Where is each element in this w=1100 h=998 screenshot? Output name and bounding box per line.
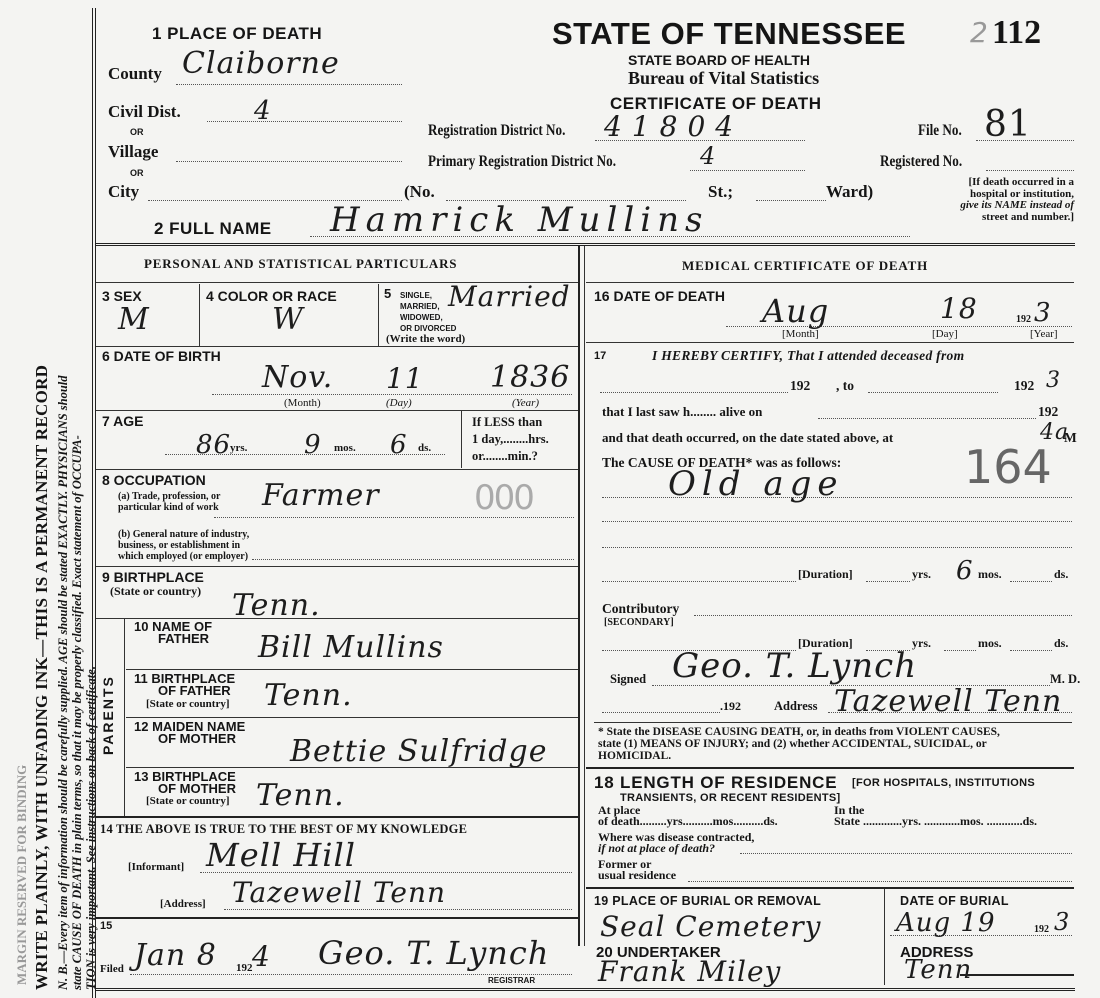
contributory-label: Contributory	[602, 601, 679, 617]
state-title: STATE OF TENNESSEE	[552, 16, 906, 52]
occupation-code: 000	[474, 478, 533, 518]
cert-number-pencil: 2	[970, 16, 988, 49]
undertaker-value[interactable]: Frank Miley	[598, 955, 781, 988]
age-years[interactable]: 86	[196, 430, 231, 460]
dob-year-hint: (Year)	[512, 397, 539, 409]
father-name-label: 10 NAME OF FATHER	[134, 621, 212, 645]
reg-district-value[interactable]: 41804	[604, 110, 743, 143]
nb-instructions-line-2: state CAUSE OF DEATH in plain terms, so …	[70, 435, 85, 990]
duration2-ds: ds.	[1054, 636, 1068, 651]
signed-label: Signed	[610, 672, 646, 687]
registered-no-label: Registered No.	[880, 153, 962, 171]
race-value[interactable]: W	[272, 302, 304, 337]
street-label: St.;	[708, 182, 733, 202]
mother-name-value[interactable]: Bettie Sulfridge	[290, 734, 547, 769]
last-saw-label: that I last saw h........ alive on	[602, 404, 762, 420]
duration-yrs: yrs.	[912, 567, 931, 582]
birthplace-label: 9 BIRTHPLACE	[102, 569, 204, 585]
burial-place-label: 19 PLACE OF BURIAL OR REMOVAL	[594, 894, 821, 908]
father-birthplace-hint: [State or country]	[146, 698, 230, 710]
age-months-unit: mos.	[334, 442, 356, 454]
street-no-label: (No.	[404, 182, 435, 202]
hospital-note: [If death occurred in a hospital or inst…	[932, 177, 1074, 223]
signed-192: .192	[720, 699, 741, 714]
dob-month[interactable]: Nov.	[262, 360, 333, 395]
dod-year-suffix[interactable]: 3	[1034, 298, 1052, 328]
county-value[interactable]: Claiborne	[182, 46, 340, 81]
mother-name-label: 12 MAIDEN NAME OF MOTHER	[134, 721, 245, 745]
file-no-value[interactable]: 81	[984, 104, 1032, 145]
attended-192b: 192	[1014, 378, 1034, 394]
cert-number: 112	[992, 14, 1041, 52]
age-days-unit: ds.	[418, 442, 431, 454]
dod-year-hint: [Year]	[1030, 328, 1058, 340]
dod-year-prefix: 192	[1016, 314, 1031, 325]
full-name-value[interactable]: Hamrick Mullins	[330, 200, 708, 240]
personal-section-title: PERSONAL AND STATISTICAL PARTICULARS	[144, 256, 457, 272]
dod-month[interactable]: Aug	[762, 292, 829, 330]
informant-address-label: [Address]	[160, 898, 206, 910]
marital-num: 5	[384, 286, 391, 301]
occupation-a-hint: (a) Trade, profession, or particular kin…	[118, 491, 221, 513]
undertaker-address-value[interactable]: Tenn	[904, 955, 972, 985]
registrar-label: REGISTRAR	[488, 976, 535, 985]
cause-footnote: * State the DISEASE CAUSING DEATH, or, i…	[598, 726, 1000, 762]
primary-reg-value[interactable]: 4	[700, 142, 716, 170]
dob-year[interactable]: 1836	[490, 360, 570, 395]
county-label: County	[108, 64, 162, 84]
dob-label: 6 DATE OF BIRTH	[102, 348, 221, 364]
or-label: OR	[130, 127, 144, 137]
duration2-mos: mos.	[978, 636, 1002, 651]
cause-value[interactable]: Old age	[668, 464, 843, 504]
state-board: STATE BOARD OF HEALTH	[628, 52, 810, 68]
secondary-label: [SECONDARY]	[604, 617, 674, 628]
or-label: OR	[130, 168, 144, 178]
file-no-label: File No.	[918, 122, 962, 140]
civil-dist-label: Civil Dist.	[108, 102, 181, 122]
dob-day-hint: (Day)	[386, 397, 412, 409]
age-days[interactable]: 6	[390, 430, 408, 460]
informant-value[interactable]: Mell Hill	[206, 836, 356, 874]
village-label: Village	[108, 142, 158, 162]
filed-label: Filed	[100, 963, 124, 975]
mother-birthplace-label: 13 BIRTHPLACE OF MOTHER	[134, 771, 236, 795]
registrar-signature[interactable]: Geo. T. Lynch	[318, 934, 549, 972]
dod-day-hint: [Day]	[932, 328, 958, 340]
duration-label: [Duration]	[798, 567, 853, 582]
cert-num: 17	[594, 350, 606, 362]
attended-to: , to	[836, 378, 854, 394]
physician-address-label: Address	[774, 699, 818, 714]
header-divider	[95, 243, 1075, 249]
place-of-death-heading: 1 PLACE OF DEATH	[152, 24, 322, 44]
less-than-day-note: If LESS than 1 day,........hrs. or......…	[472, 414, 549, 465]
attended-year-value[interactable]: 3	[1046, 368, 1061, 393]
medical-section-title: MEDICAL CERTIFICATE OF DEATH	[682, 258, 928, 274]
occupation-label: 8 OCCUPATION	[102, 472, 206, 488]
reg-district-label: Registration District No.	[428, 122, 565, 140]
occupation-b-hint: (b) General nature of industry, business…	[118, 529, 249, 562]
filed-date[interactable]: Jan 8	[134, 938, 217, 973]
dob-month-hint: (Month)	[284, 397, 321, 409]
marital-hint: (Write the word)	[386, 333, 465, 345]
last-saw-192: 192	[1038, 404, 1058, 420]
city-label: City	[108, 182, 139, 202]
birthplace-hint: (State or country)	[110, 584, 201, 599]
death-time-suffix: M	[1064, 430, 1077, 446]
certify-statement: I HEREBY CERTIFY, That I attended deceas…	[652, 348, 964, 364]
physician-address-value[interactable]: Tazewell Tenn	[834, 684, 1062, 719]
duration-mos: mos.	[978, 567, 1002, 582]
father-birthplace-label: 11 BIRTHPLACE OF FATHER	[134, 673, 235, 697]
mother-birthplace-hint: [State or country]	[146, 795, 230, 807]
informant-statement: 14 THE ABOVE IS TRUE TO THE BEST OF MY K…	[100, 822, 467, 837]
margin-reserved-note: MARGIN RESERVED FOR BINDING	[14, 765, 30, 985]
age-years-unit: yrs.	[230, 442, 247, 454]
civil-dist-value[interactable]: 4	[254, 96, 272, 126]
ward-label: Ward)	[826, 182, 873, 202]
column-divider	[578, 246, 580, 946]
marital-value[interactable]: Married	[448, 280, 571, 313]
burial-date-value[interactable]: Aug 19	[896, 908, 996, 938]
residence-note-2: TRANSIENTS, OR RECENT RESIDENTS]	[620, 792, 840, 804]
former-residence: Former or usual residence	[598, 859, 676, 881]
residence-title: 18 LENGTH OF RESIDENCE	[594, 773, 837, 793]
physician-signature[interactable]: Geo. T. Lynch	[672, 646, 917, 686]
form-left-border	[92, 8, 96, 998]
permanent-record-note: WRITE PLAINLY, WITH UNFADING INK—THIS IS…	[32, 365, 52, 990]
residence-note-1: [FOR HOSPITALS, INSTITUTIONS	[852, 777, 1035, 789]
father-birthplace-value[interactable]: Tenn.	[264, 678, 353, 713]
age-months[interactable]: 9	[304, 430, 322, 460]
burial-year-prefix: 192	[1034, 924, 1049, 935]
informant-address-value[interactable]: Tazewell Tenn	[232, 876, 446, 909]
where-contracted: Where was disease contracted, if not at …	[598, 832, 754, 854]
filing-num: 15	[100, 920, 112, 932]
sex-value[interactable]: M	[118, 302, 150, 337]
father-name-value[interactable]: Bill Mullins	[258, 630, 444, 665]
occupation-value[interactable]: Farmer	[262, 478, 380, 513]
dod-label: 16 DATE OF DEATH	[594, 288, 725, 304]
filed-year-prefix: 192	[236, 962, 253, 974]
dod-day[interactable]: 18	[940, 292, 978, 325]
cause-code: 164	[964, 440, 1052, 494]
in-state: In the State .............yrs. .........…	[834, 805, 1037, 827]
duration-months[interactable]: 6	[956, 556, 974, 586]
dob-day[interactable]: 11	[386, 362, 424, 395]
dod-month-hint: [Month]	[782, 328, 819, 340]
nb-instructions-line-1: N. B.—Every item of information should b…	[56, 375, 71, 990]
parents-side-label: PARENTS	[100, 675, 116, 755]
burial-place-value[interactable]: Seal Cemetery	[600, 910, 821, 943]
duration-ds: ds.	[1054, 567, 1068, 582]
burial-year-suffix[interactable]: 3	[1054, 908, 1070, 936]
mother-birthplace-value[interactable]: Tenn.	[256, 778, 345, 813]
filed-year-suffix[interactable]: 4	[252, 940, 271, 973]
death-occurred-label: and that death occurred, on the date sta…	[602, 430, 893, 446]
at-place-of-death: At place of death.........yrs..........m…	[598, 805, 778, 827]
age-label: 7 AGE	[102, 413, 144, 429]
bureau-name: Bureau of Vital Statistics	[628, 68, 819, 89]
binding-margin: MARGIN RESERVED FOR BINDING WRITE PLAINL…	[0, 0, 100, 998]
burial-date-label: DATE OF BURIAL	[900, 894, 1009, 908]
attended-192a: 192	[790, 378, 810, 394]
informant-label: [Informant]	[128, 861, 184, 873]
full-name-label: 2 FULL NAME	[154, 219, 272, 239]
primary-reg-label: Primary Registration District No.	[428, 153, 616, 171]
